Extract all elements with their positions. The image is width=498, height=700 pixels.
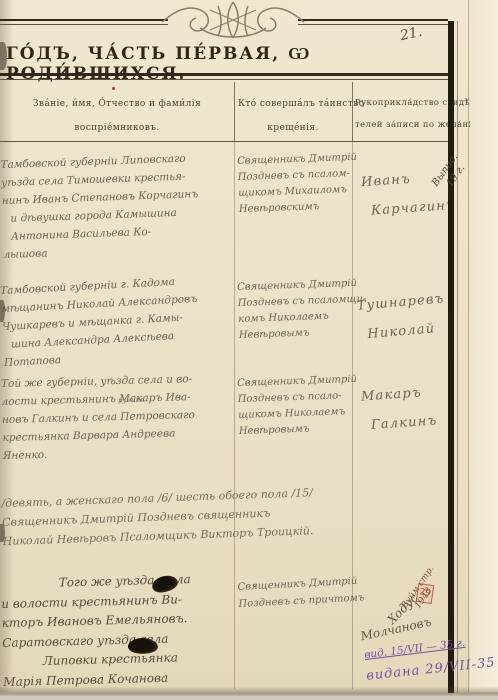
entry-2-signature: Тушнаревъ Николай (356, 284, 449, 349)
column-header-godparents: Зва́ніе, и́мя, О́тчество и фами́лія восп… (6, 92, 228, 140)
table-right-border-thin (457, 21, 458, 693)
top-rule-left-thin (0, 24, 168, 25)
handwriting-line: Галкинъ (362, 406, 438, 440)
entry-1-godparents: Тамбовской губерніи Липовскаго уѣзда сел… (0, 148, 236, 264)
header-line: креще́нія. (238, 116, 348, 140)
entry-3-signature: Макаръ Галкинъ (360, 377, 438, 440)
header-line: Зва́ніе, и́мя, О́тчество и фами́лія (6, 92, 228, 116)
page-title: ГО́ДЪ, ЧА́СТЬ ПЕ́РВАЯ, Ѡ РОДИ́ВШИХСЯ. (6, 44, 446, 84)
top-rule-left (0, 19, 168, 21)
title-rule (0, 73, 448, 76)
table-right-border (448, 21, 454, 693)
entry-2-godparents: Тамбовской губерніи г. Кадома мѣщанинъ Н… (0, 270, 236, 372)
header-line: Кто́ соверша́лъ та́инство (238, 92, 348, 116)
column-divider-1-header (234, 82, 235, 141)
entry-3-godparents: Той же губерніи, уѣзда села и во- лости … (1, 369, 235, 465)
entry-2-priest: Священникъ Дмитрій Поздневъ съ псаломщи-… (237, 276, 353, 344)
header-underline (0, 141, 448, 142)
title-rule-thin (0, 79, 448, 80)
entry-1-priest: Священникъ Дмитрій Поздневъ съ псалом- щ… (237, 150, 353, 218)
entry-4-godparents: Того же уѣзда, села и волости крестьянин… (1, 569, 236, 692)
header-line: воспріе́мниковъ. (6, 116, 228, 140)
ink-speck (112, 87, 115, 90)
fold-crease (468, 0, 469, 692)
column-divider-2-header (352, 82, 353, 141)
column-header-priest: Кто́ соверша́лъ та́инство креще́нія. (238, 92, 348, 140)
header-line: Рукоприкла́дство свидѣ́- (355, 92, 445, 114)
page-bottom-edge (0, 686, 498, 700)
edge-smudge (0, 300, 5, 322)
ornamental-vignette-icon (160, 0, 306, 42)
edge-smudge (0, 42, 7, 70)
scanned-register-page: 21. ГО́ДЪ, ЧА́СТЬ ПЕ́РВАЯ, Ѡ РОДИ́ВШИХСЯ… (0, 0, 498, 700)
column-header-witness: Рукоприкла́дство свидѣ́- телей за́писи п… (355, 92, 445, 136)
header-line: телей за́писи по жела́нію. (355, 114, 445, 136)
top-rule-right (298, 19, 448, 21)
entry-4-priest: Священникъ Дмитрій Поздневъ съ причтомъ (237, 573, 353, 613)
edge-smudge (0, 524, 5, 542)
page-edge-strip (470, 0, 498, 692)
entry-3-inserted-word: рунина (118, 396, 145, 405)
entry-3-priest: Священникъ Дмитрій Поздневъ съ псало- щи… (237, 372, 353, 440)
top-rule-right-thin (298, 24, 448, 25)
